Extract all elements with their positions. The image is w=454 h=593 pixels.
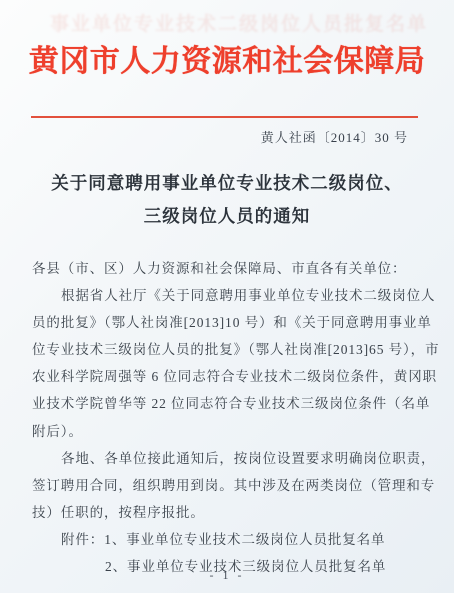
- body-line: 业技术学院曾华等 22 位同志符合专业技术三级岗位条件（名单: [32, 390, 424, 417]
- attachment-line-1: 附件：1、事业单位专业技术二级岗位人员批复名单: [32, 526, 424, 553]
- body-line: 农业科学院周强等 6 位同志符合专业技术二级岗位条件，黄冈职: [32, 363, 424, 390]
- body-line: 根据省人社厅《关于同意聘用事业单位专业技术二级岗位人: [32, 282, 424, 309]
- notice-title-line2: 三级岗位人员的通知: [0, 200, 454, 233]
- agency-name: 黄冈市人力资源和社会保障局: [0, 36, 454, 80]
- red-divider: [31, 116, 418, 118]
- body-line: 各地、各单位接此通知后，按岗位设置要求明确岗位职责，: [32, 445, 424, 472]
- body-line: 技）任职的，按程序报批。: [32, 499, 424, 526]
- bleedthrough-text: 事业单位专业技术二级岗位人员批复名单: [50, 9, 410, 36]
- notice-title: 关于同意聘用事业单位专业技术二级岗位、 三级岗位人员的通知: [0, 167, 454, 233]
- notice-title-line1: 关于同意聘用事业单位专业技术二级岗位、: [0, 167, 454, 200]
- document-page: 事业单位专业技术二级岗位人员批复名单 黄冈市人力资源和社会保障局 黄人社函〔20…: [0, 0, 454, 593]
- salutation-line: 各县（市、区）人力资源和社会保障局、市直各有关单位：: [32, 255, 424, 282]
- body-line: 员的批复》（鄂人社岗准[2013]10 号）和《关于同意聘用事业单: [32, 309, 424, 336]
- body-line: 位专业技术三级岗位人员的批复》（鄂人社岗准[2013]65 号），市: [32, 336, 424, 363]
- document-body: 各县（市、区）人力资源和社会保障局、市直各有关单位： 根据省人社厅《关于同意聘用…: [32, 255, 424, 580]
- body-line: 附后）。: [32, 418, 424, 445]
- page-number: - 1 -: [0, 568, 454, 583]
- body-line: 签订聘用合同，组织聘用到岗。其中涉及在两类岗位（管理和专: [32, 472, 424, 499]
- doc-number: 黄人社函〔2014〕30 号: [261, 127, 408, 146]
